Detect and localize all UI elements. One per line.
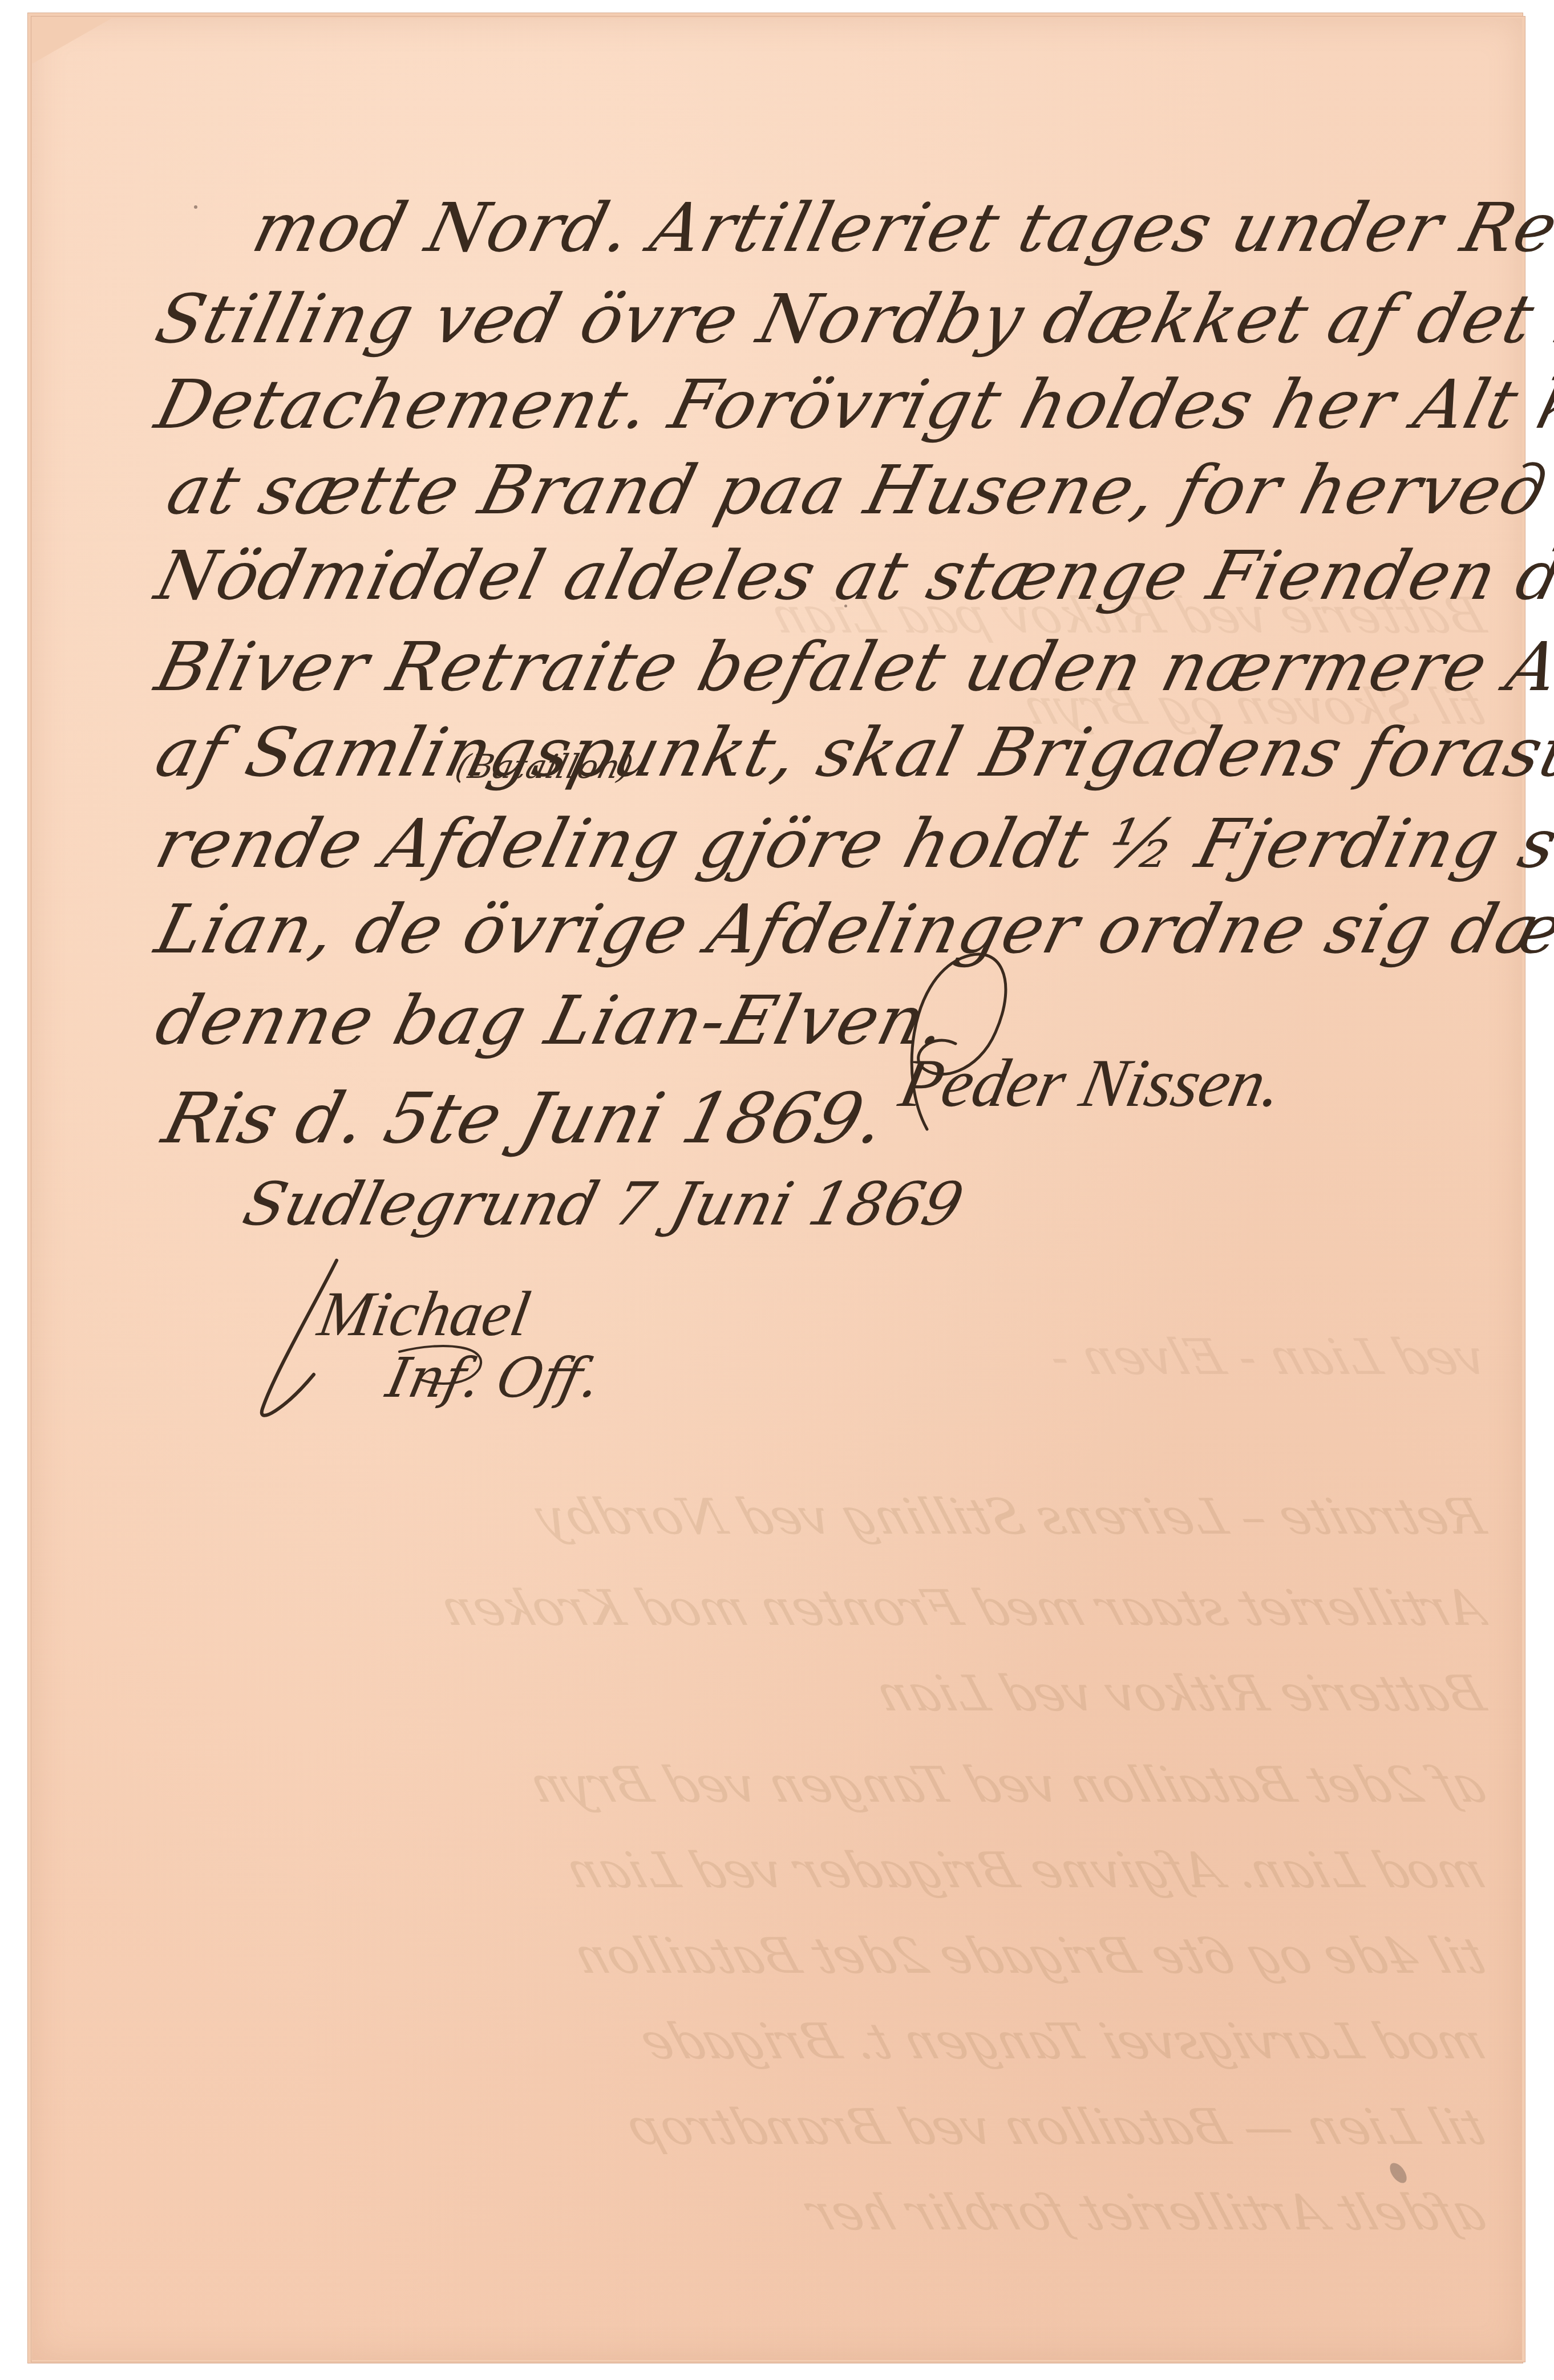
signature-peder-nissen: Peder Nissen. xyxy=(893,1044,1290,1122)
body-line-9: Lian, de övrige Afdelinger ordne sig dæk… xyxy=(148,890,1554,968)
endorsement-title: Inf. Off. xyxy=(381,1346,606,1410)
endorsement-signature: Michael xyxy=(313,1278,536,1351)
body-line-7: af Samlingspunkt, skal Brigadens forastm… xyxy=(148,713,1554,792)
body-line-5: Nödmiddel aldeles at stænge Fienden denn… xyxy=(148,536,1554,615)
body-line-3: Detachement. Forövrigt holdes her Alt kl… xyxy=(148,365,1554,444)
speck xyxy=(844,605,847,607)
manuscript-text: mod Nord. Artilleriet tages under Retrai… xyxy=(0,0,1554,2380)
speck xyxy=(194,205,197,209)
closing-place-date: Ris d. 5te Juni 1869. xyxy=(155,1078,893,1159)
body-line-2: Stilling ved övre Nordby dækket af det h… xyxy=(148,279,1554,358)
body-line-8: rende Afdeling gjöre holdt ½ Fjerding sö… xyxy=(148,804,1554,883)
interlinear-insertion: (Bataillon) xyxy=(452,747,637,786)
body-line-4: at sætte Brand paa Husene, for hervед so… xyxy=(160,451,1554,529)
body-line-10: denne bag Lian-Elven. xyxy=(148,981,956,1060)
endorsement-place-date: Sudlegrund 7 Juni 1869 xyxy=(237,1169,970,1239)
body-line-6: Bliver Retraite befalet uden nærmere Ang… xyxy=(148,627,1554,706)
body-line-1: mod Nord. Artilleriet tages under Retrai… xyxy=(245,188,1554,267)
